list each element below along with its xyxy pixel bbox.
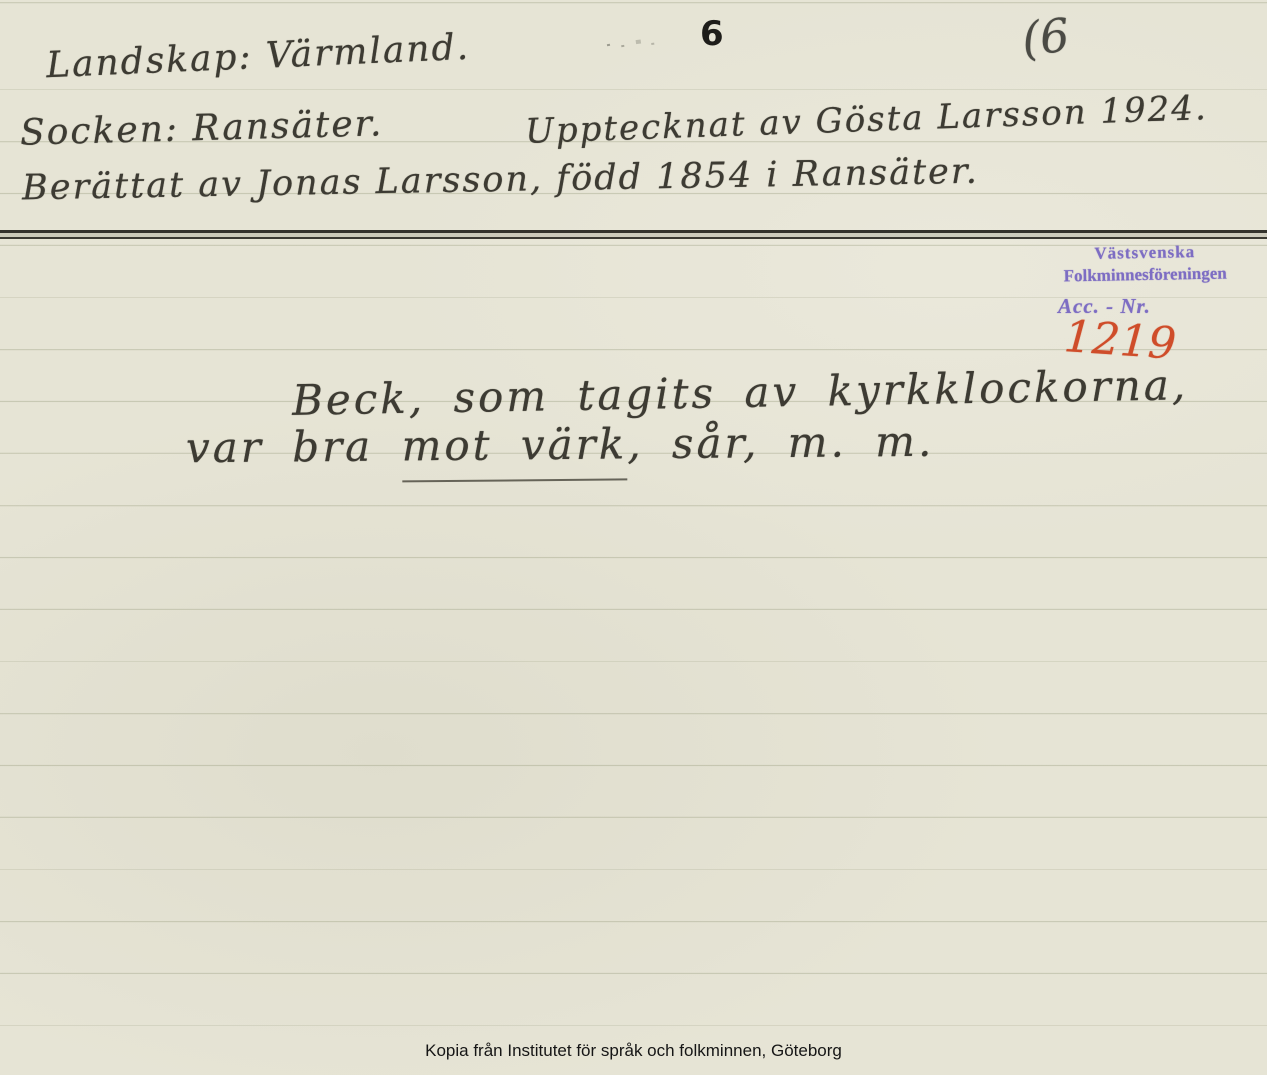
stamp-org-line1: Västsvenska <box>1040 241 1250 265</box>
scanned-archive-card: 6 (6 Landskap: Värmland. Socken: Ransäte… <box>0 0 1267 1075</box>
accession-number-row: Acc. - Nr.1219 <box>1058 286 1267 363</box>
accession-number: 1219 <box>1063 315 1178 367</box>
accession-stamp: Västsvenska Folkminnesföreningen <box>1040 241 1251 287</box>
pencil-page-number: (6 <box>1019 8 1072 67</box>
archive-copy-caption: Kopia från Institutet för språk och folk… <box>0 1041 1267 1061</box>
body-line2-underlined-phrase: mot värk <box>401 419 627 482</box>
pencil-smudge <box>607 44 610 46</box>
double-rule-separator <box>0 230 1267 239</box>
printed-page-number: 6 <box>700 14 725 54</box>
body-text-line2: var bra mot värk, sår, m. m. <box>186 417 935 473</box>
stamp-org-line2: Folkminnesföreningen <box>1040 263 1250 287</box>
body-line2-pre: var bra <box>186 421 402 472</box>
body-line2-post: , sår, m. m. <box>627 417 935 469</box>
